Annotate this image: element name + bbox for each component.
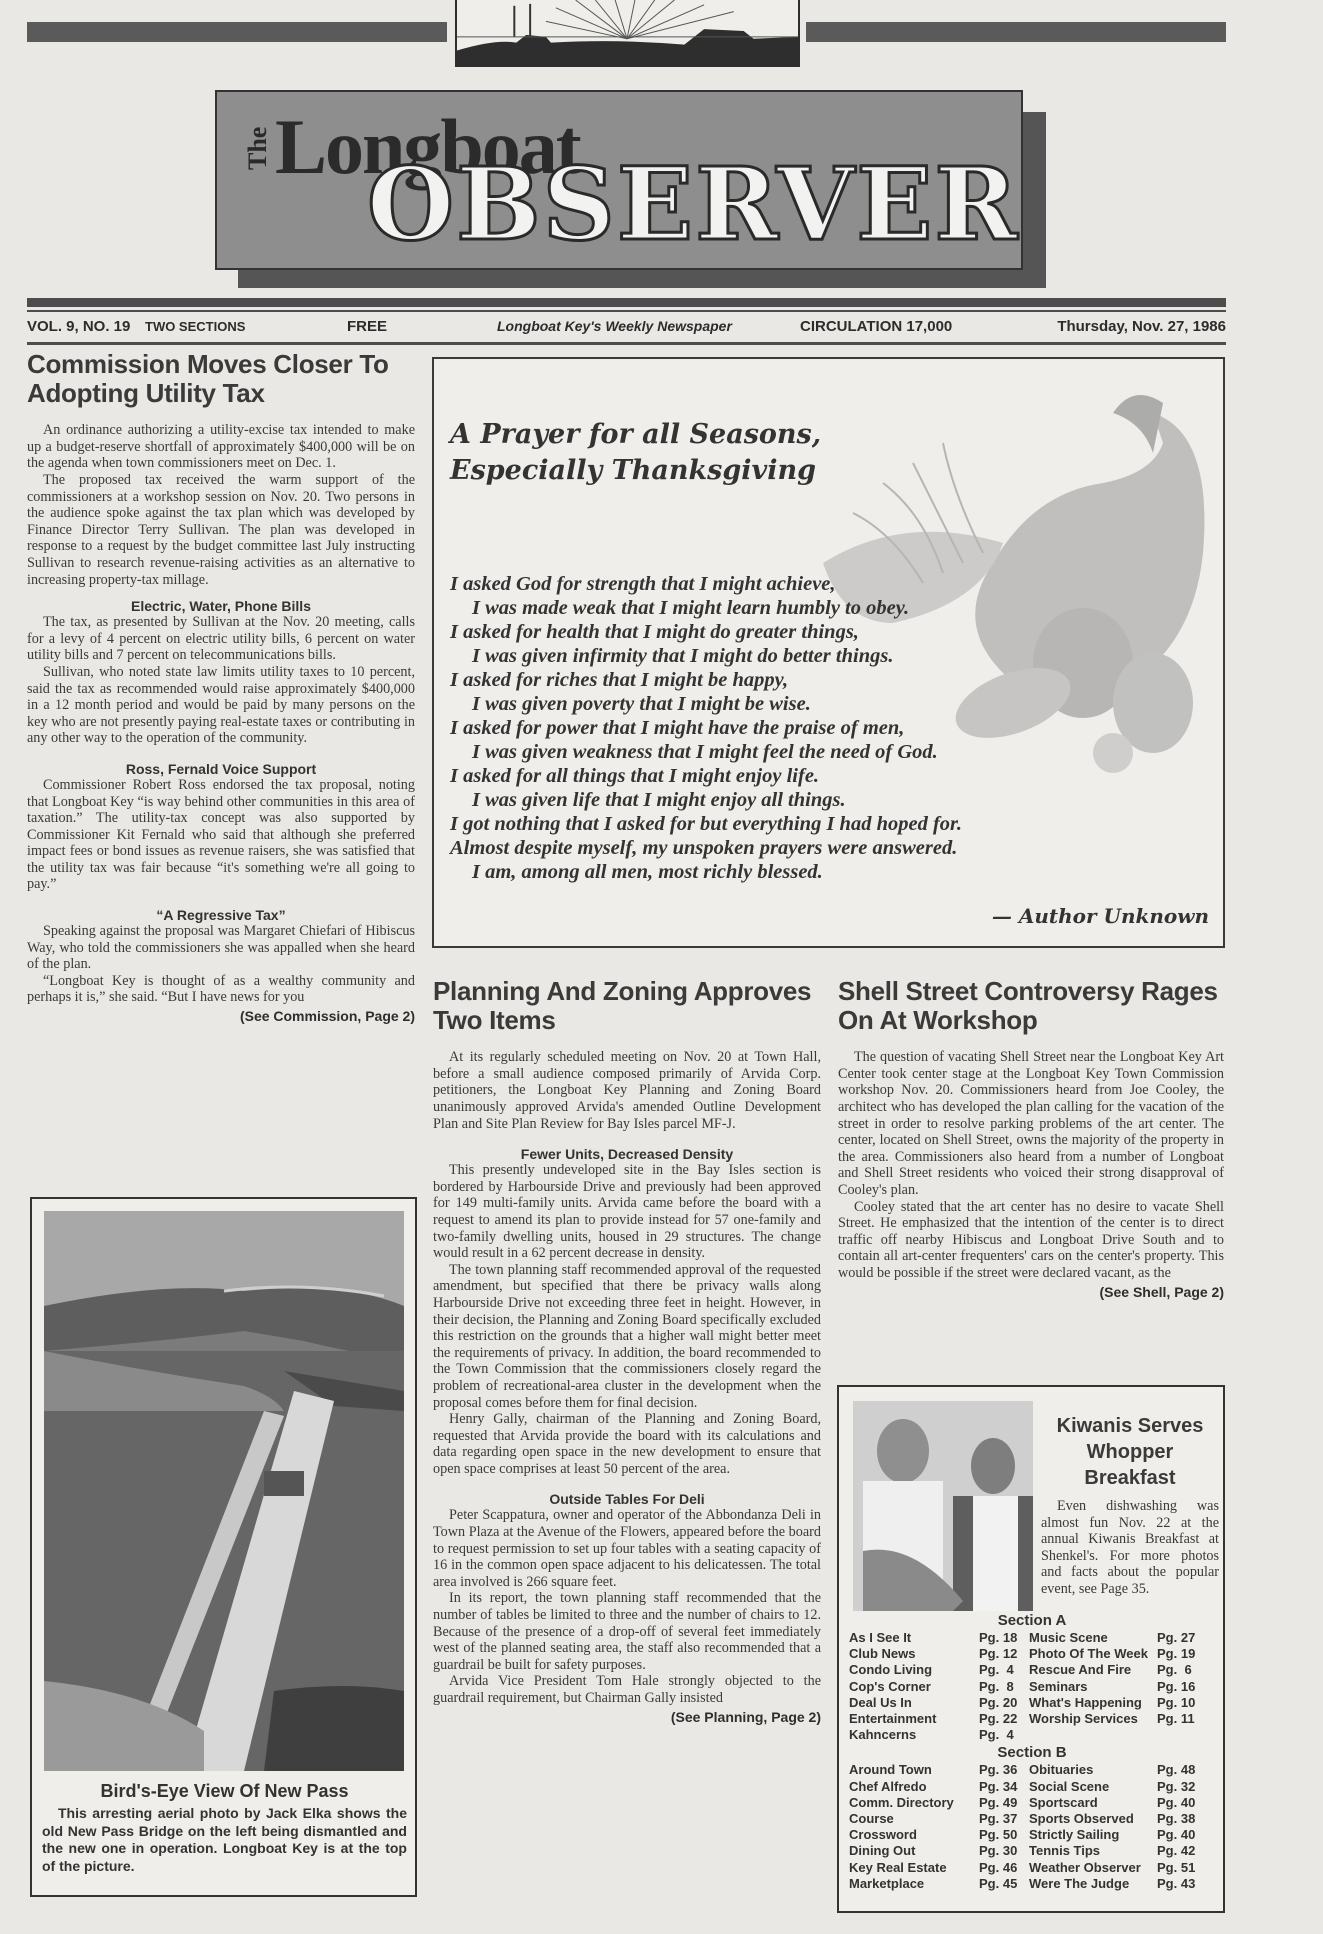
index-section-a: As I See ItPg. 18Music ScenePg. 27 Club … (849, 1630, 1215, 1743)
commission-paragraph: Speaking against the proposal was Margar… (27, 923, 415, 973)
photo-caption: This arresting aerial photo by Jack Elka… (42, 1805, 407, 1875)
index-page: Pg. 40 (1157, 1827, 1207, 1843)
index-item[interactable]: Course (849, 1811, 979, 1827)
nameplate: The Longboat OBSERVER (215, 90, 1023, 270)
prayer-line: I was given weakness that I might feel t… (450, 740, 962, 764)
index-page: Pg. 42 (1157, 1843, 1207, 1859)
index-page: Pg. 4 (979, 1662, 1029, 1678)
index-item[interactable]: Chef Alfredo (849, 1779, 979, 1795)
commission-subhead: Electric, Water, Phone Bills (27, 598, 415, 614)
planning-subhead: Outside Tables For Deli (433, 1491, 821, 1507)
index-page: Pg. 51 (1157, 1860, 1207, 1876)
folio-date: Thursday, Nov. 27, 1986 (1057, 318, 1226, 335)
kiwanis-box: Kiwanis Serves Whopper Breakfast Even di… (837, 1385, 1225, 1913)
index-item[interactable]: Crossword (849, 1827, 979, 1843)
folio-tagline: Longboat Key's Weekly Newspaper (497, 318, 732, 334)
folio-circulation: CIRCULATION 17,000 (800, 318, 952, 335)
index-page: Pg. 16 (1157, 1679, 1207, 1695)
folio-line: VOL. 9, NO. 19 TWO SECTIONS FREE Longboa… (27, 318, 1226, 340)
index-item[interactable]: Strictly Sailing (1029, 1827, 1157, 1843)
planning-paragraph: Henry Gally, chairman of the Planning an… (433, 1411, 821, 1477)
prayer-title-line: A Prayer for all Seasons, (450, 417, 821, 453)
aerial-photo-box: Bird's-Eye View Of New Pass This arresti… (30, 1197, 417, 1897)
index-page: Pg. 27 (1157, 1630, 1207, 1646)
index-page: Pg. 8 (979, 1679, 1029, 1695)
index-section-a-label: Section A (849, 1612, 1215, 1629)
prayer-line: I asked for power that I might have the … (450, 716, 962, 740)
index-page: Pg. 32 (1157, 1779, 1207, 1795)
prayer-line: Almost despite myself, my unspoken praye… (450, 836, 962, 860)
index-page: Pg. 40 (1157, 1795, 1207, 1811)
folio-rule (27, 342, 1226, 345)
index-item[interactable]: Social Scene (1029, 1779, 1157, 1795)
prayer-title: A Prayer for all Seasons, Especially Tha… (450, 417, 821, 489)
index-page: Pg. 22 (979, 1711, 1029, 1727)
prayer-line: I was given infirmity that I might do be… (450, 644, 962, 668)
index-page: Pg. 19 (1157, 1646, 1207, 1662)
prayer-box: A Prayer for all Seasons, Especially Tha… (432, 357, 1225, 948)
commission-paragraph: The proposed tax received the warm suppo… (27, 472, 415, 588)
index-item[interactable]: Seminars (1029, 1679, 1157, 1695)
index-item[interactable]: Sports Observed (1029, 1811, 1157, 1827)
index-page: Pg. 48 (1157, 1762, 1207, 1778)
planning-headline: Planning And Zoning Approves Two Items (433, 977, 821, 1035)
prayer-line: I got nothing that I asked for but every… (450, 812, 962, 836)
index-page: Pg. 18 (979, 1630, 1029, 1646)
planning-paragraph: In its report, the town planning staff r… (433, 1590, 821, 1673)
planning-subhead: Fewer Units, Decreased Density (433, 1146, 821, 1162)
commission-paragraph: The tax, as presented by Sullivan at the… (27, 614, 415, 664)
masthead-bar-left (27, 22, 447, 42)
planning-paragraph: Arvida Vice President Tom Hale strongly … (433, 1673, 821, 1706)
prayer-line: I asked for all things that I might enjo… (450, 764, 962, 788)
index-item[interactable]: Marketplace (849, 1876, 979, 1892)
index-section-b: Around TownPg. 36ObituariesPg. 48 Chef A… (849, 1762, 1215, 1892)
index-item[interactable]: Were The Judge (1029, 1876, 1157, 1892)
index-item[interactable]: As I See It (849, 1630, 979, 1646)
prayer-author: — Author Unknown (992, 904, 1209, 928)
index-item[interactable]: Worship Services (1029, 1711, 1157, 1727)
masthead-rule-thin (27, 310, 1226, 312)
commission-jump-link[interactable]: (See Commission, Page 2) (27, 1008, 415, 1024)
index-item[interactable]: Around Town (849, 1762, 979, 1778)
nameplate-the: The (243, 127, 273, 170)
commission-paragraph: “Longboat Key is thought of as a wealthy… (27, 973, 415, 1006)
index-item[interactable]: Tennis Tips (1029, 1843, 1157, 1859)
planning-paragraph: At its regularly scheduled meeting on No… (433, 1049, 821, 1132)
index-page: Pg. 30 (979, 1843, 1029, 1859)
shell-paragraph: The question of vacating Shell Street ne… (838, 1049, 1224, 1198)
shell-jump-link[interactable]: (See Shell, Page 2) (838, 1284, 1224, 1300)
commission-article: Commission Moves Closer To Adopting Util… (27, 350, 415, 1024)
commission-paragraph: Sullivan, who noted state law limits uti… (27, 664, 415, 747)
index-page: Pg. 11 (1157, 1711, 1207, 1727)
index-item[interactable]: Rescue And Fire (1029, 1662, 1157, 1678)
page-index: Section A As I See ItPg. 18Music ScenePg… (849, 1611, 1215, 1892)
planning-jump-link[interactable]: (See Planning, Page 2) (433, 1709, 821, 1725)
index-item[interactable]: Weather Observer (1029, 1860, 1157, 1876)
prayer-line: I asked for riches that I might be happy… (450, 668, 962, 692)
shell-paragraph: Cooley stated that the art center has no… (838, 1199, 1224, 1282)
index-item[interactable]: Photo Of The Week (1029, 1646, 1157, 1662)
index-page: Pg. 12 (979, 1646, 1029, 1662)
index-item[interactable]: Comm. Directory (849, 1795, 979, 1811)
index-page: Pg. 43 (1157, 1876, 1207, 1892)
index-page: Pg. 37 (979, 1811, 1029, 1827)
photo-caption-title: Bird's-Eye View Of New Pass (42, 1781, 407, 1802)
ship-sunrise-icon (455, 0, 800, 67)
kiwanis-title: Kiwanis Serves Whopper Breakfast (1039, 1413, 1221, 1491)
kiwanis-text: Even dishwashing was almost fun Nov. 22 … (1041, 1498, 1219, 1598)
prayer-line: I am, among all men, most richly blessed… (450, 860, 962, 884)
index-page: Pg. 6 (1157, 1662, 1207, 1678)
index-item[interactable]: Kahncerns (849, 1727, 979, 1743)
index-item[interactable]: Deal Us In (849, 1695, 979, 1711)
index-item (1029, 1727, 1157, 1743)
planning-paragraph: Peter Scappatura, owner and operator of … (433, 1507, 821, 1590)
aerial-bridge-photo-icon (44, 1211, 404, 1771)
planning-paragraph: The town planning staff recommended appr… (433, 1262, 821, 1411)
index-item[interactable]: Entertainment (849, 1711, 979, 1727)
index-item[interactable]: Condo Living (849, 1662, 979, 1678)
prayer-verse: I asked God for strength that I might ac… (450, 572, 962, 884)
prayer-line: I was made weak that I might learn humbl… (450, 596, 962, 620)
kiwanis-volunteers-photo-icon (853, 1401, 1033, 1611)
index-section-b-label: Section B (849, 1744, 1215, 1761)
index-item[interactable]: Club News (849, 1646, 979, 1662)
prayer-line: I asked God for strength that I might ac… (450, 572, 962, 596)
folio-volume: VOL. 9, NO. 19 (27, 318, 130, 335)
folio-price: FREE (347, 318, 387, 335)
prayer-line: I was given life that I might enjoy all … (450, 788, 962, 812)
folio-sections: TWO SECTIONS (145, 319, 245, 334)
index-item[interactable]: Cop's Corner (849, 1679, 979, 1695)
shell-headline: Shell Street Controversy Rages On At Wor… (838, 977, 1224, 1035)
commission-paragraph: An ordinance authorizing a utility-excis… (27, 422, 415, 472)
prayer-line: I asked for health that I might do great… (450, 620, 962, 644)
planning-article: Planning And Zoning Approves Two Items A… (433, 977, 821, 1725)
index-item[interactable]: Key Real Estate (849, 1860, 979, 1876)
index-page: Pg. 34 (979, 1779, 1029, 1795)
index-page: Pg. 49 (979, 1795, 1029, 1811)
index-page: Pg. 45 (979, 1876, 1029, 1892)
index-item[interactable]: Music Scene (1029, 1630, 1157, 1646)
masthead-rule-thick (27, 298, 1226, 307)
index-item[interactable]: Sportscard (1029, 1795, 1157, 1811)
commission-subhead: “A Regressive Tax” (27, 907, 415, 923)
nameplate-observer: OBSERVER (367, 154, 1020, 254)
index-page: Pg. 20 (979, 1695, 1029, 1711)
prayer-line: I was given poverty that I might be wise… (450, 692, 962, 716)
prayer-title-line: Especially Thanksgiving (450, 453, 821, 489)
index-page (1157, 1727, 1207, 1743)
index-page: Pg. 38 (1157, 1811, 1207, 1827)
index-item[interactable]: Obituaries (1029, 1762, 1157, 1778)
index-page: Pg. 10 (1157, 1695, 1207, 1711)
index-page: Pg. 50 (979, 1827, 1029, 1843)
index-item[interactable]: What's Happening (1029, 1695, 1157, 1711)
index-page: Pg. 36 (979, 1762, 1029, 1778)
shell-article: Shell Street Controversy Rages On At Wor… (838, 977, 1224, 1300)
commission-headline: Commission Moves Closer To Adopting Util… (27, 350, 415, 408)
planning-paragraph: This presently undeveloped site in the B… (433, 1162, 821, 1262)
masthead-bar-right (806, 22, 1226, 42)
index-page: Pg. 46 (979, 1860, 1029, 1876)
index-item[interactable]: Dining Out (849, 1843, 979, 1859)
commission-subhead: Ross, Fernald Voice Support (27, 761, 415, 777)
index-page: Pg. 4 (979, 1727, 1029, 1743)
commission-paragraph: Commissioner Robert Ross endorsed the ta… (27, 777, 415, 893)
